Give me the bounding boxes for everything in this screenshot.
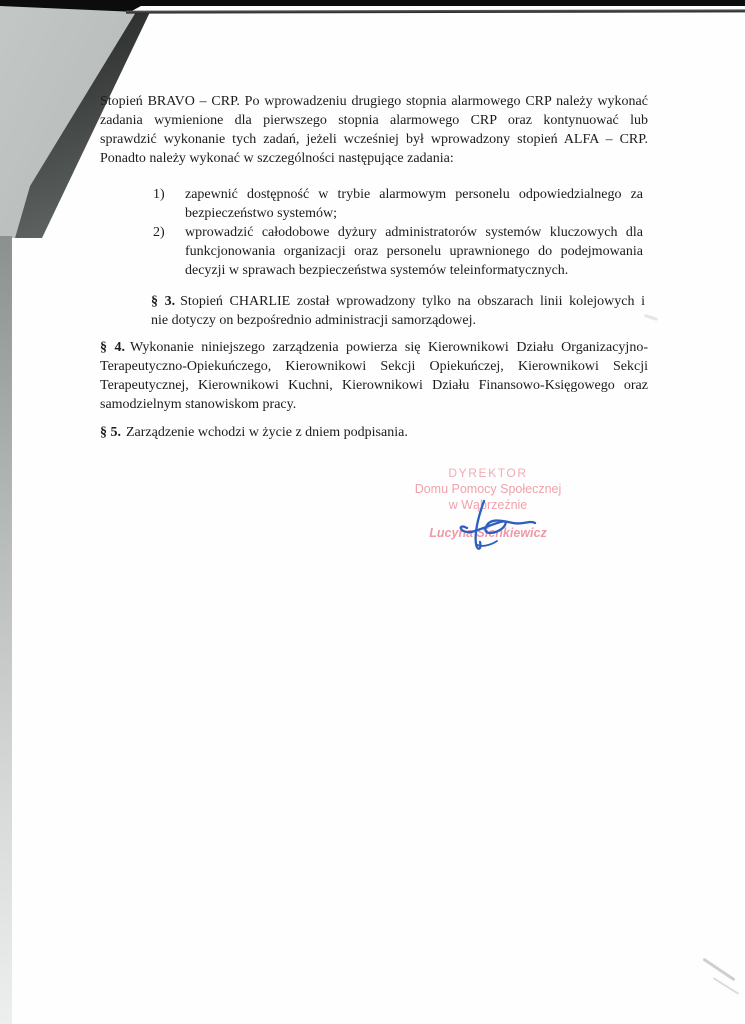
text-line: sprawdzić wykonanie tych zadań, jeżeli w… — [100, 130, 648, 149]
text-line: Ponadto należy wykonać w szczególności n… — [100, 149, 648, 168]
text-line: bezpieczeństwo systemów; — [185, 204, 643, 223]
text-line: funkcjonowania organizacji oraz personel… — [185, 242, 643, 261]
text-line: zadania wymienione dla pierwszego stopni… — [100, 111, 648, 130]
paragraph-4: § 4.Wykonanie niniejszego zarządzenia po… — [100, 338, 648, 414]
text-line: Terapeutyczno-Opiekuńczego, Kierownikowi… — [100, 357, 648, 376]
section-number: § 4. — [100, 340, 125, 355]
stamp-title: DYREKTOR — [396, 466, 580, 480]
paragraph-bravo-crp: Stopień BRAVO – CRP. Po wprowadzeniu dru… — [100, 92, 648, 168]
text-line: samodzielnym stanowiskom pracy. — [100, 395, 648, 414]
text-segment: Stopień CHARLIE został wprowadzony tylko… — [180, 294, 645, 309]
list-item-number: 2) — [153, 223, 185, 280]
paragraph-5: § 5.Zarządzenie wchodzi w życie z dniem … — [100, 423, 648, 442]
list-item: 2) wprowadzić całodobowe dyżury administ… — [153, 223, 648, 280]
list-item: 1) zapewnić dostępność w trybie alarmowy… — [153, 185, 648, 223]
document-body: Stopień BRAVO – CRP. Po wprowadzeniu dru… — [100, 92, 648, 442]
smudge-mark — [713, 977, 740, 995]
stamp-organization: Domu Pomocy Społecznej — [396, 482, 580, 496]
text-line: decyzji w sprawach bezpieczeństwa system… — [185, 261, 643, 280]
page-top-edge-line — [126, 9, 745, 13]
list-item-text: wprowadzić całodobowe dyżury administrat… — [185, 223, 643, 280]
text-line: Terapeutycznej, Kierownikowi Kuchni, Kie… — [100, 376, 648, 395]
signature-scribble — [447, 497, 541, 553]
text-line: zapewnić dostępność w trybie alarmowym p… — [185, 185, 643, 204]
text-line: § 3.Stopień CHARLIE został wprowadzony t… — [151, 292, 645, 311]
numbered-list: 1) zapewnić dostępność w trybie alarmowy… — [100, 185, 648, 280]
text-segment: Wykonanie niniejszego zarządzenia powier… — [130, 340, 648, 355]
text-line: § 5.Zarządzenie wchodzi w życie z dniem … — [100, 423, 648, 442]
section-number: § 5. — [100, 425, 121, 440]
text-line: wprowadzić całodobowe dyżury administrat… — [185, 223, 643, 242]
section-number: § 3. — [151, 294, 175, 309]
text-line: nie dotyczy on bezpośrednio administracj… — [151, 311, 645, 330]
list-item-number: 1) — [153, 185, 185, 223]
list-item-text: zapewnić dostępność w trybie alarmowym p… — [185, 185, 643, 223]
scan-left-edge — [0, 236, 12, 1024]
text-line: Stopień BRAVO – CRP. Po wprowadzeniu dru… — [100, 92, 648, 111]
smudge-mark — [702, 958, 735, 982]
paragraph-3: § 3.Stopień CHARLIE został wprowadzony t… — [151, 292, 645, 330]
text-segment: Zarządzenie wchodzi w życie z dniem podp… — [126, 425, 408, 440]
text-line: § 4.Wykonanie niniejszego zarządzenia po… — [100, 338, 648, 357]
scanned-page: Stopień BRAVO – CRP. Po wprowadzeniu dru… — [0, 0, 745, 1024]
